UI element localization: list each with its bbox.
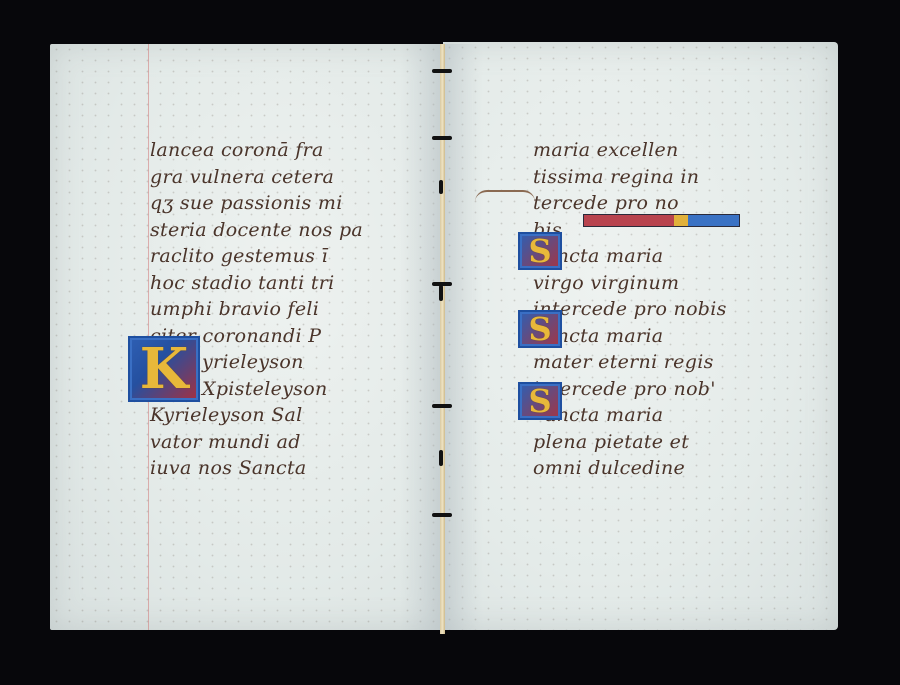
text-line: iuva nos Sancta bbox=[150, 455, 363, 482]
text-line: omni dulcedine bbox=[533, 455, 727, 482]
illuminated-initial-s: S bbox=[518, 232, 562, 270]
text-line: qʒ sue passionis mi bbox=[150, 190, 363, 217]
text-line: virgo virginum bbox=[533, 270, 727, 297]
line-filler-gold-segment bbox=[674, 215, 688, 226]
line-filler-red-segment bbox=[584, 215, 674, 226]
text-line: ancta maria bbox=[533, 243, 727, 270]
text-line: vator mundi ad bbox=[150, 429, 363, 456]
stitch bbox=[439, 285, 443, 301]
text-line: mater eterni regis bbox=[533, 349, 727, 376]
text-line: hoc stadio tanti tri bbox=[150, 270, 363, 297]
stitch bbox=[432, 513, 452, 517]
stitch bbox=[439, 450, 443, 466]
text-line: lancea coronā fra bbox=[150, 137, 363, 164]
text-line: maria excellen bbox=[533, 137, 727, 164]
binding-thread bbox=[440, 44, 445, 634]
text-line: umphi bravio feli bbox=[150, 296, 363, 323]
text-line: intercede pro nobis bbox=[533, 296, 727, 323]
stitch bbox=[432, 69, 452, 73]
text-line: tissima regina in bbox=[533, 164, 727, 191]
line-filler-blue-segment bbox=[688, 215, 739, 226]
gutter-shadow-left bbox=[400, 44, 443, 630]
text-line: raclito gestemus ī bbox=[150, 243, 363, 270]
gutter-shadow-right bbox=[443, 44, 483, 630]
text-line: ancta maria bbox=[533, 323, 727, 350]
text-line: intercede pro nob' bbox=[533, 376, 727, 403]
text-line: gra vulnera cetera bbox=[150, 164, 363, 191]
stitch bbox=[439, 180, 443, 194]
illuminated-initial-s: S bbox=[518, 310, 562, 348]
decorative-line-filler bbox=[583, 214, 740, 227]
text-line: tercede pro no bbox=[533, 190, 727, 217]
left-page-text: lancea coronā fra gra vulnera cetera qʒ … bbox=[150, 137, 363, 482]
pen-flourish bbox=[475, 190, 535, 202]
text-line: ancta maria bbox=[533, 402, 727, 429]
stitch bbox=[432, 136, 452, 140]
illuminated-initial-k: K bbox=[128, 336, 200, 402]
illuminated-initial-s: S bbox=[518, 382, 562, 420]
text-line: Kyrieleyson Sal bbox=[150, 402, 363, 429]
stitch bbox=[432, 404, 452, 408]
text-line: steria docente nos pa bbox=[150, 217, 363, 244]
text-line: plena pietate et bbox=[533, 429, 727, 456]
right-page-text: maria excellen tissima regina in tercede… bbox=[533, 137, 727, 482]
